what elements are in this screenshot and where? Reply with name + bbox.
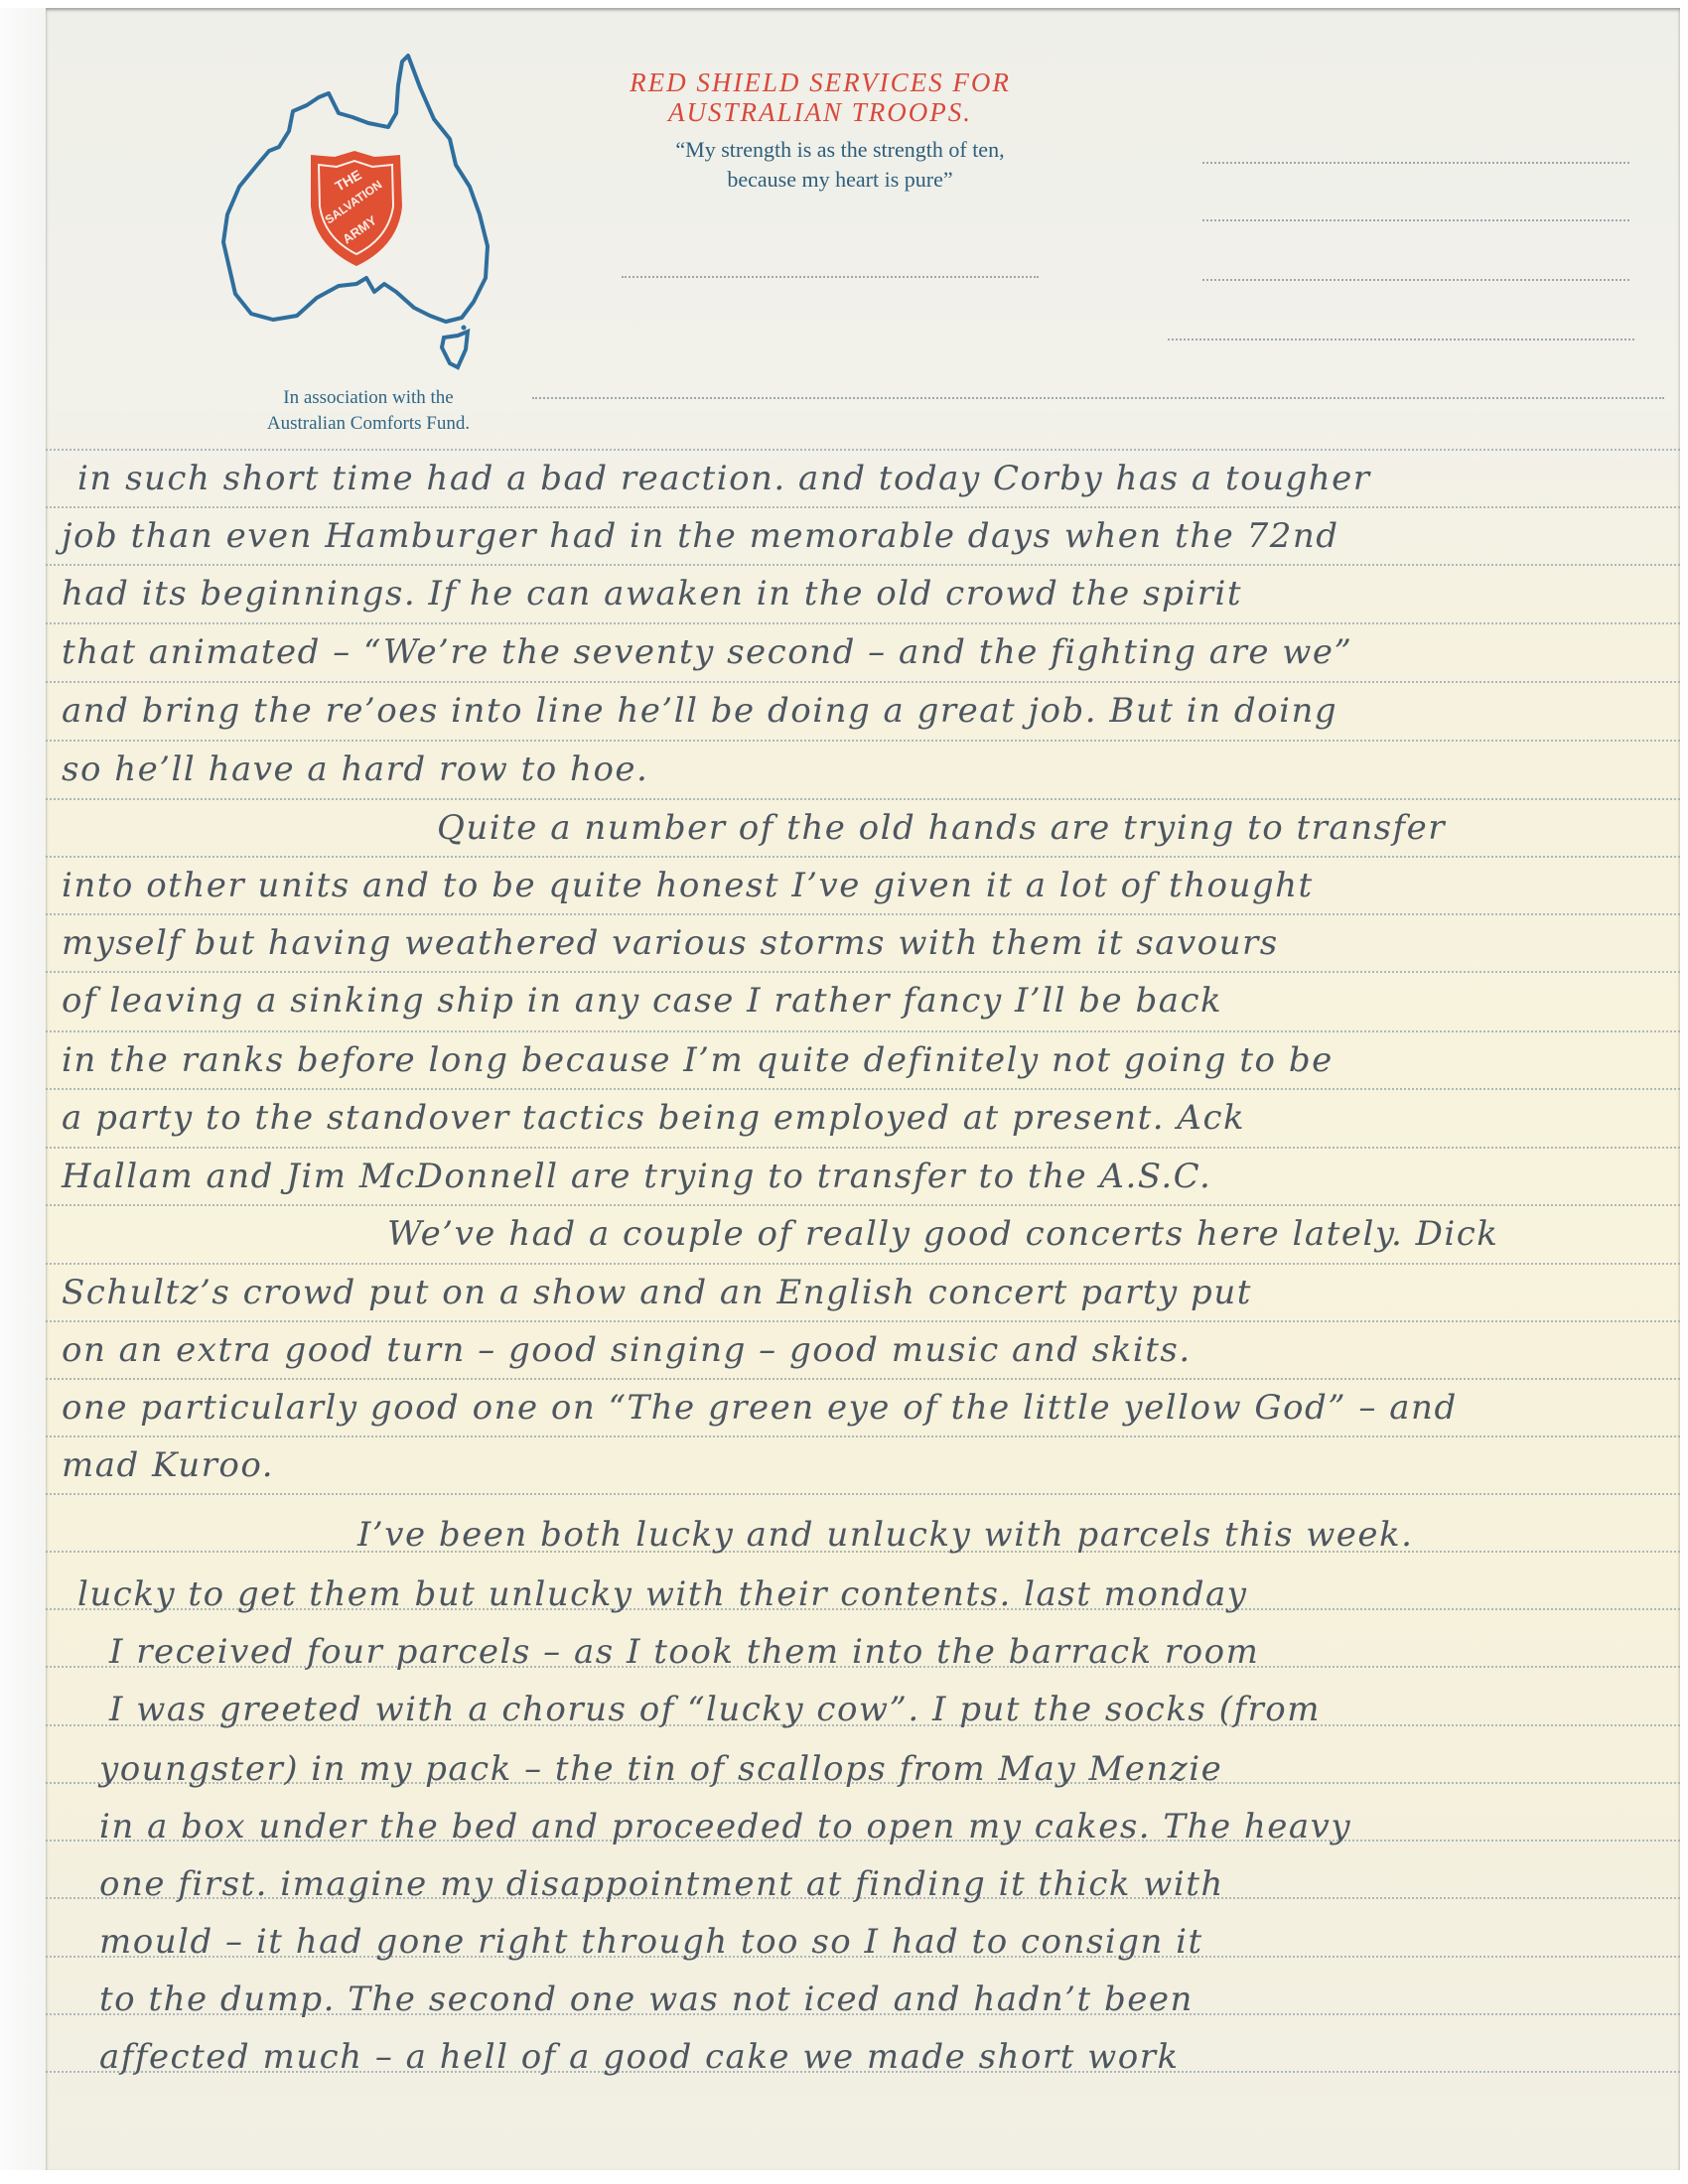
association-note: In association with the Australian Comfo…	[205, 385, 532, 437]
ruled-line	[46, 1263, 1680, 1265]
letter-line: in such short time had a bad reaction. a…	[77, 459, 1371, 498]
letter-line: I received four parcels – as I took them…	[109, 1632, 1259, 1672]
letter-line: mould – it had gone right through too so…	[99, 1922, 1203, 1962]
letter-line: so he’ll have a hard row to hoe.	[62, 750, 648, 789]
ruled-line	[46, 913, 1680, 915]
letter-line: of leaving a sinking ship in any case I …	[62, 981, 1222, 1021]
ruled-line	[46, 1378, 1680, 1380]
ruled-line	[46, 564, 1680, 566]
letterhead-title: RED SHIELD SERVICES FOR AUSTRALIAN TROOP…	[512, 68, 1128, 127]
letter-line: Quite a number of the old hands are tryi…	[437, 808, 1446, 848]
letterhead-motto: “My strength is as the strength of ten, …	[542, 135, 1138, 195]
letter-line: youngster) in my pack – the tin of scall…	[99, 1749, 1222, 1789]
letter-line: mad Kuroo.	[62, 1445, 274, 1485]
ruled-line	[46, 622, 1680, 624]
letter-line: Hallam and Jim McDonnell are trying to t…	[62, 1157, 1211, 1196]
letter-line: that animated – “We’re the seventy secon…	[62, 632, 1352, 672]
address-line-2	[1202, 219, 1629, 221]
letter-line: myself but having weathered various stor…	[62, 923, 1279, 963]
title-line-2: AUSTRALIAN TROOPS.	[512, 97, 1128, 127]
motto-line-1: “My strength is as the strength of ten,	[542, 135, 1138, 165]
ruled-line	[46, 506, 1680, 508]
address-line-1	[1202, 162, 1629, 164]
date-line	[622, 276, 1039, 278]
letter-line: I’ve been both lucky and unlucky with pa…	[357, 1515, 1413, 1555]
letter-line: to the dump. The second one was not iced…	[99, 1979, 1194, 2019]
ruled-line	[46, 856, 1680, 858]
ruled-line	[46, 1147, 1680, 1149]
letter-line: job than even Hamburger had in the memor…	[62, 516, 1339, 556]
letter-line: into other units and to be quite honest …	[62, 866, 1314, 905]
association-line-2: Australian Comforts Fund.	[205, 411, 532, 437]
ruled-line	[46, 1088, 1680, 1090]
ruled-line	[46, 740, 1680, 742]
ruled-line	[46, 798, 1680, 800]
address-line-3	[1202, 279, 1629, 281]
letter-line: in the ranks before long because I’m qui…	[62, 1040, 1334, 1080]
greeting-line	[532, 397, 1664, 399]
salvation-army-shield-icon: THE SALVATION ARMY	[311, 151, 402, 266]
ruled-line	[46, 1493, 1680, 1495]
association-line-1: In association with the	[205, 385, 532, 411]
ruled-line	[46, 1320, 1680, 1322]
ruled-line	[46, 1204, 1680, 1206]
address-line-4	[1168, 339, 1634, 341]
letter-line: one particularly good one on “The green …	[62, 1388, 1458, 1428]
letter-line: Schultz’s crowd put on a show and an Eng…	[62, 1273, 1252, 1312]
ruled-line	[46, 1435, 1680, 1437]
letter-line: on an extra good turn – good singing – g…	[62, 1330, 1192, 1370]
title-line-1: RED SHIELD SERVICES FOR	[512, 68, 1128, 97]
letter-line: had its beginnings. If he can awaken in …	[62, 574, 1242, 614]
letter-line: We’ve had a couple of really good concer…	[387, 1214, 1498, 1254]
ruled-line	[46, 681, 1680, 683]
ruled-line	[46, 449, 1680, 451]
letter-line: in a box under the bed and proceeded to …	[99, 1807, 1351, 1846]
letter-line: one first. imagine my disappointment at …	[99, 1864, 1224, 1904]
letter-line: a party to the standover tactics being e…	[62, 1098, 1245, 1138]
ruled-line	[46, 971, 1680, 973]
letter-line: lucky to get them but unlucky with their…	[77, 1574, 1248, 1614]
letter-line: I was greeted with a chorus of “lucky co…	[109, 1690, 1321, 1729]
letter-line: and bring the re’oes into line he’ll be …	[62, 691, 1337, 731]
motto-line-2: because my heart is pure”	[542, 165, 1138, 195]
ruled-line	[46, 1030, 1680, 1032]
letter-line: affected much – a hell of a good cake we…	[99, 2037, 1180, 2077]
